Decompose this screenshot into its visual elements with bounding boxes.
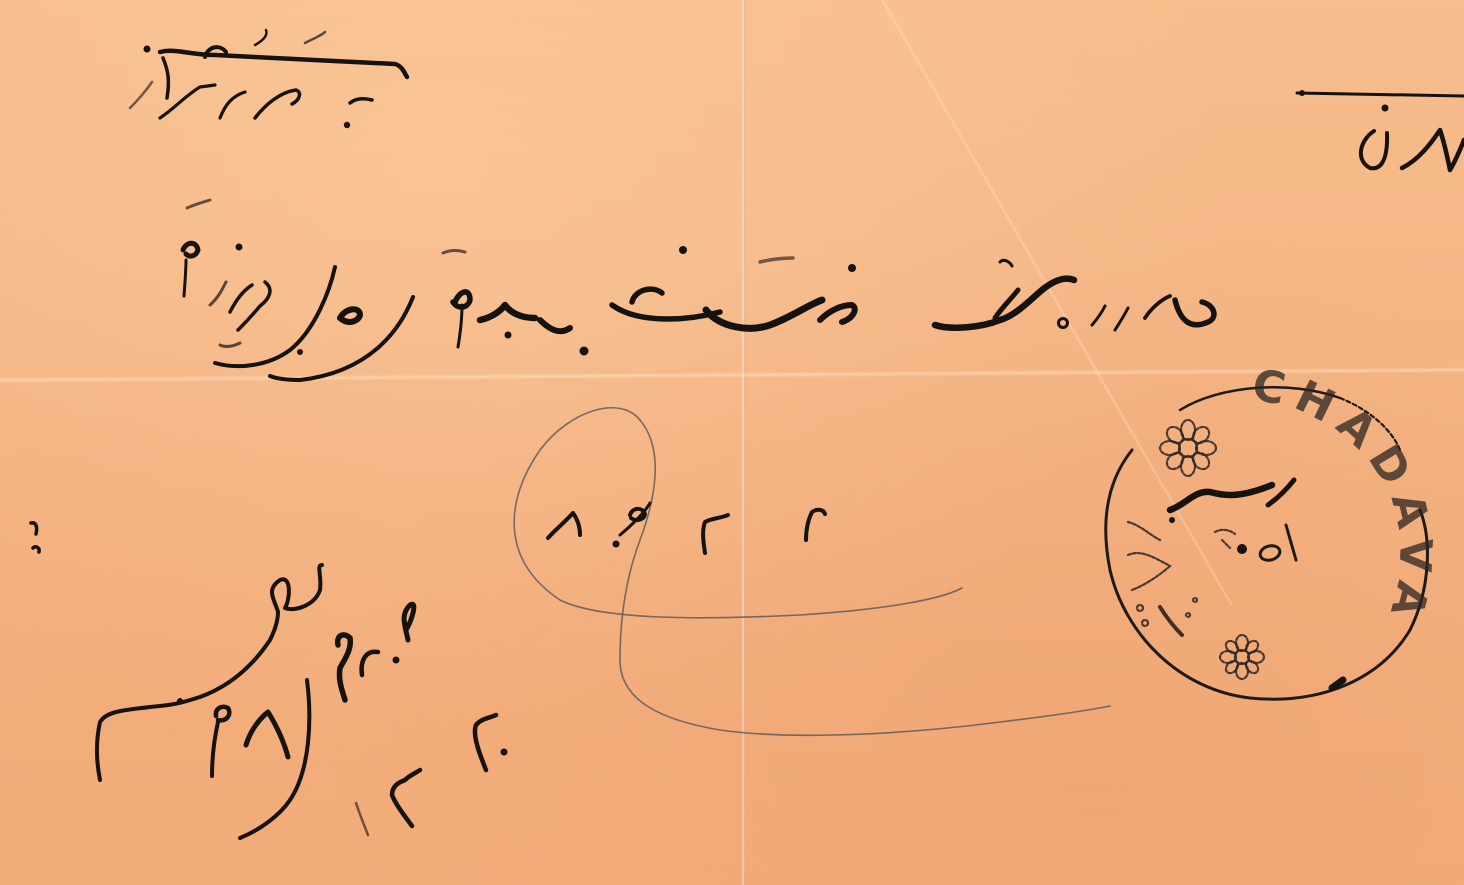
bottom-note-number-4: ۳: [385, 775, 425, 816]
bottom-note-letter: ع: [260, 565, 330, 611]
handwriting-layer: CHADAVA: [0, 0, 1464, 885]
rosette-icon-lower: [1220, 635, 1264, 679]
top-right-fragment: ...طهران: [1340, 120, 1464, 160]
rosette-icon-upper: [1160, 420, 1216, 476]
address-line: در سرچهارراه مقصود جناب ۶ آقا میرزا ۲: [180, 275, 1210, 321]
margin-mark: ۲۸: [25, 520, 45, 544]
bottom-note-number-3: ۲۰: [470, 715, 520, 756]
sender-note: به عهد برزگر از: [120, 60, 410, 95]
postmark-persian-text: پست: [1170, 478, 1280, 518]
postmark-date: ۱۵: [1255, 535, 1300, 568]
envelope: CHADAVA به عهد برزگر از ...طهران در سرچه…: [0, 0, 1464, 885]
pencil-annotation: [514, 408, 1110, 736]
circled-number: ۱۸۹۲۲: [540, 500, 830, 546]
bottom-note-number-2: ۹۸: [205, 705, 295, 751]
bottom-note-number-1: ۹۲۰۴: [330, 610, 420, 650]
postmark: CHADAVA: [1106, 359, 1441, 699]
